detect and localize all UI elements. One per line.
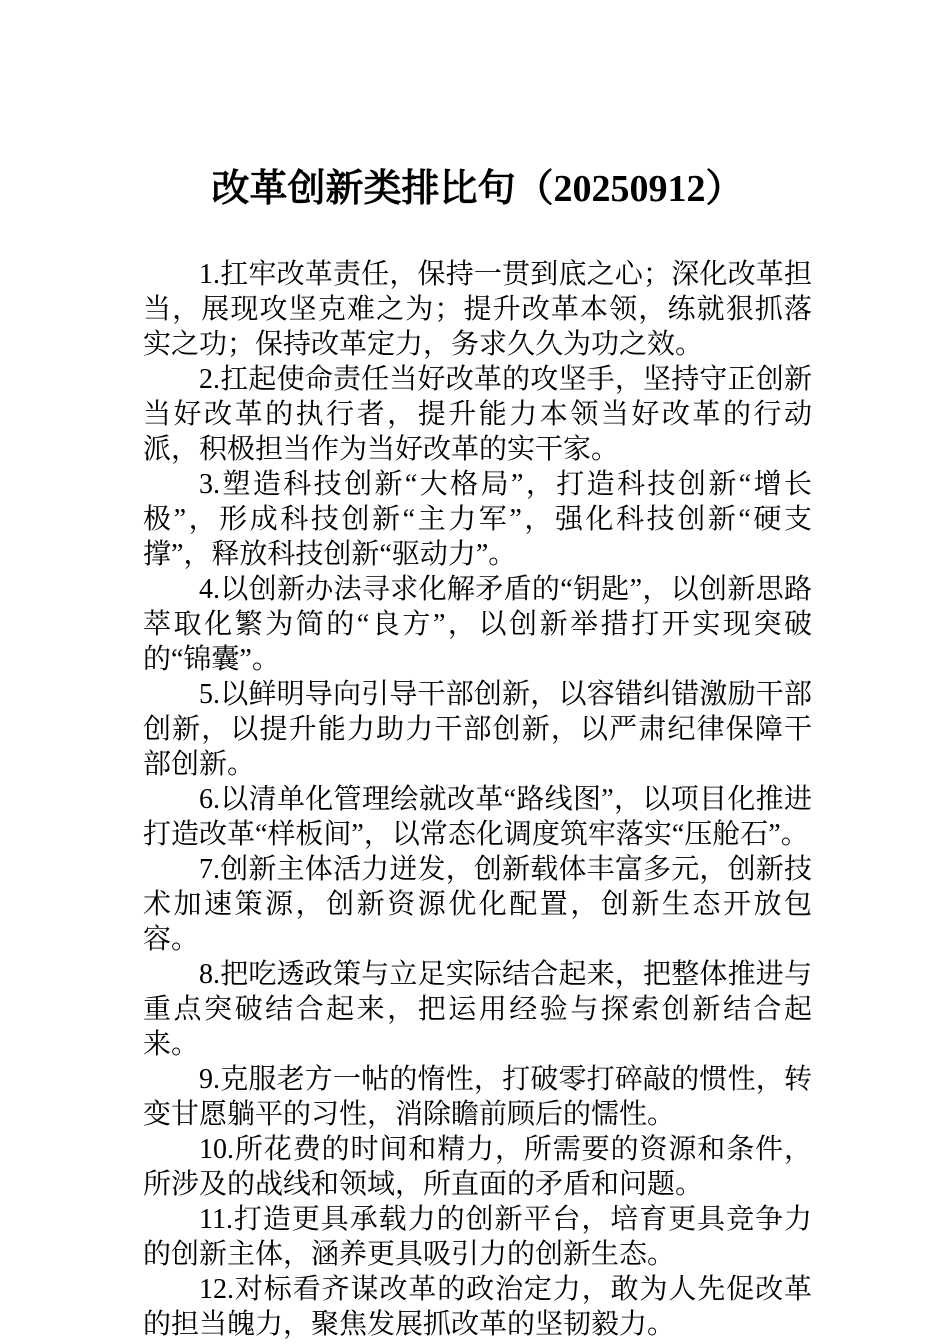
paragraph-9: 9.克服老方一帖的惰性，打破零打碎敲的惯性，转变甘愿躺平的习性，消除瞻前顾后的懦…: [143, 1062, 812, 1132]
paragraph-1: 1.扛牢改革责任，保持一贯到底之心；深化改革担当，展现攻坚克难之为；提升改革本领…: [143, 257, 812, 362]
document-page: 改革创新类排比句（20250912） 1.扛牢改革责任，保持一贯到底之心；深化改…: [0, 0, 950, 1344]
paragraph-2: 2.扛起使命责任当好改革的攻坚手，坚持守正创新当好改革的执行者，提升能力本领当好…: [143, 362, 812, 467]
paragraph-8: 8.把吃透政策与立足实际结合起来，把整体推进与重点突破结合起来，把运用经验与探索…: [143, 957, 812, 1062]
document-body: 1.扛牢改革责任，保持一贯到底之心；深化改革担当，展现攻坚克难之为；提升改革本领…: [143, 257, 812, 1342]
paragraph-10: 10.所花费的时间和精力，所需要的资源和条件，所涉及的战线和领域，所直面的矛盾和…: [143, 1132, 812, 1202]
paragraph-12: 12.对标看齐谋改革的政治定力，敢为人先促改革的担当魄力，聚焦发展抓改革的坚韧毅…: [143, 1272, 812, 1342]
paragraph-3: 3.塑造科技创新“大格局”，打造科技创新“增长极”，形成科技创新“主力军”，强化…: [143, 467, 812, 572]
document-title: 改革创新类排比句（20250912）: [143, 163, 812, 215]
paragraph-7: 7.创新主体活力迸发，创新载体丰富多元，创新技术加速策源，创新资源优化配置，创新…: [143, 852, 812, 957]
paragraph-11: 11.打造更具承载力的创新平台，培育更具竞争力的创新主体，涵养更具吸引力的创新生…: [143, 1202, 812, 1272]
paragraph-4: 4.以创新办法寻求化解矛盾的“钥匙”，以创新思路萃取化繁为简的“良方”，以创新举…: [143, 572, 812, 677]
paragraph-5: 5.以鲜明导向引导干部创新，以容错纠错激励干部创新，以提升能力助力干部创新，以严…: [143, 677, 812, 782]
paragraph-6: 6.以清单化管理绘就改革“路线图”，以项目化推进打造改革“样板间”，以常态化调度…: [143, 782, 812, 852]
